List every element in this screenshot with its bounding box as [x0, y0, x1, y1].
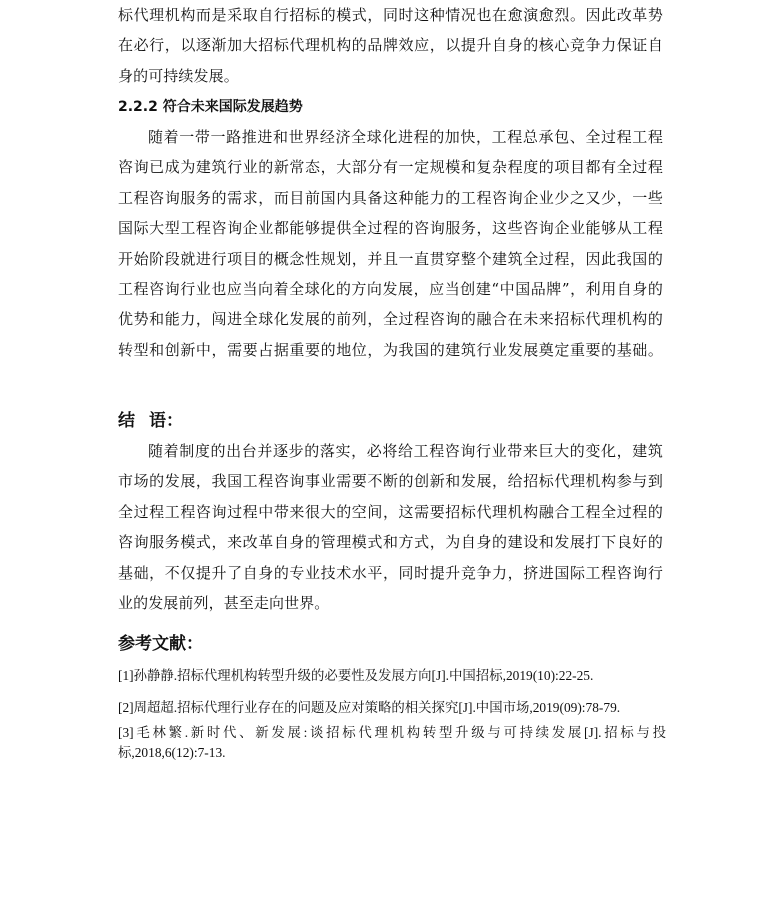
references-heading: 参考文献：	[118, 629, 203, 654]
conclusion-heading-part2: 语：	[149, 411, 183, 431]
subsection-paragraph: 随着一带一路推进和世界经济全球化进程的加快，工程总承包、全过程工程 咨询已成为建…	[118, 122, 663, 365]
text-line: 身的可持续发展。	[118, 61, 663, 91]
conclusion-paragraph: 随着制度的出台并逐步的落实，必将给工程咨询行业带来巨大的变化，建筑 市场的发展，…	[118, 436, 663, 618]
text-line: 业的发展前列，甚至走向世界。	[118, 588, 663, 618]
reference-item-3: [3]毛林繁.新时代、新发展:谈招标代理机构转型升级与可持续发展[J].招标与投…	[118, 723, 666, 763]
text-line: 国际大型工程咨询企业都能够提供全过程的咨询服务，这些咨询企业能够从工程	[118, 213, 663, 243]
text-line: 转型和创新中，需要占据重要的地位，为我国的建筑行业发展奠定重要的基础。	[118, 335, 663, 365]
conclusion-heading: 结语：	[118, 406, 183, 431]
text-line: 咨询服务模式，来改革自身的管理模式和方式，为自身的建设和发展打下良好的	[118, 527, 663, 557]
text-line: 标代理机构而是采取自行招标的模式，同时这种情况也在愈演愈烈。因此改革势	[118, 0, 663, 30]
text-line: 全过程工程咨询过程中带来很大的空间，这需要招标代理机构融合工程全过程的	[118, 497, 663, 527]
text-line: 优势和能力，闯进全球化发展的前列，全过程咨询的融合在未来招标代理机构的	[118, 304, 663, 334]
text-line: 基础，不仅提升了自身的专业技术水平，同时提升竞争力，挤进国际工程咨询行	[118, 558, 663, 588]
text-line: 随着制度的出台并逐步的落实，必将给工程咨询行业带来巨大的变化，建筑	[118, 436, 663, 466]
text-line: 标,2018,6(12):7-13.	[118, 743, 666, 763]
text-line: 在必行，以逐渐加大招标代理机构的品牌效应，以提升自身的核心竞争力保证自	[118, 30, 663, 60]
intro-paragraph: 标代理机构而是采取自行招标的模式，同时这种情况也在愈演愈烈。因此改革势 在必行，…	[118, 0, 663, 91]
reference-item-1: [1]孙静静.招标代理机构转型升级的必要性及发展方向[J].中国招标,2019(…	[118, 666, 593, 686]
conclusion-heading-part1: 结	[118, 411, 149, 431]
subsection-heading: 2.2.2 符合未来国际发展趋势	[118, 96, 303, 118]
text-line: 开始阶段就进行项目的概念性规划，并且一直贯穿整个建筑全过程，因此我国的	[118, 244, 663, 274]
text-line: 工程咨询行业也应当向着全球化的方向发展，应当创建“中国品牌”，利用自身的	[118, 274, 663, 304]
text-line: 随着一带一路推进和世界经济全球化进程的加快，工程总承包、全过程工程	[118, 122, 663, 152]
text-line: 工程咨询服务的需求，而目前国内具备这种能力的工程咨询企业少之又少，一些	[118, 183, 663, 213]
text-line: 咨询已成为建筑行业的新常态，大部分有一定规模和复杂程度的项目都有全过程	[118, 152, 663, 182]
text-line: 市场的发展，我国工程咨询事业需要不断的创新和发展，给招标代理机构参与到	[118, 466, 663, 496]
reference-item-2: [2]周超超.招标代理行业存在的问题及应对策略的相关探究[J].中国市场,201…	[118, 698, 620, 718]
text-line: [3]毛林繁.新时代、新发展:谈招标代理机构转型升级与可持续发展[J].招标与投	[118, 723, 666, 743]
